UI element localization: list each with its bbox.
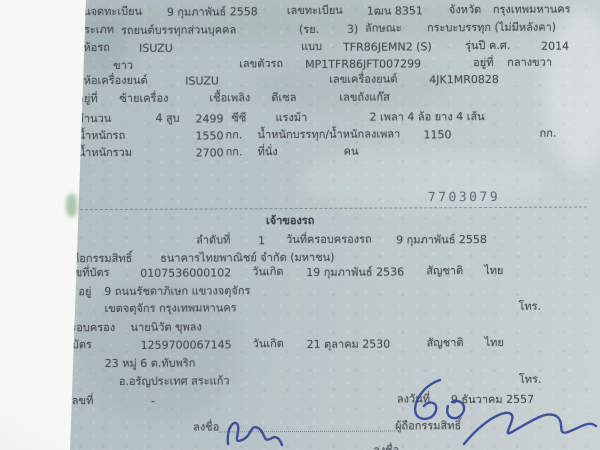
green-ink-smudge (66, 194, 77, 217)
model-value: TFR86JEMN2 (S) (343, 40, 432, 54)
hp-label: แรงม้า (275, 111, 307, 125)
owner-section-header: เจ้าของรถ (266, 214, 315, 228)
load-unit: กก. (539, 127, 556, 141)
weight-value: 1550 (195, 129, 223, 143)
drivetrain-value: 2 เพลา 4 ล้อ ยาง 4 เส้น (369, 110, 484, 125)
possessor-address-line2: อ.อรัญประเทศ สระแก้ว (119, 374, 230, 389)
engine-pos-value: ซ้ายเครื่อง (119, 92, 168, 106)
load-value: 1150 (423, 128, 451, 142)
cc-unit: ซีซี (231, 111, 246, 125)
load-label: น้ำหนักบรรทุก/น้ำหนักลงเพลา (257, 127, 400, 142)
plate-label: เลขทะเบียน (287, 4, 343, 18)
holder-id-value: 0107536000102 (140, 266, 231, 280)
gas-tank-label: เลขถังแก๊ส (339, 91, 390, 105)
vin-label: เลขตัวรถ (239, 57, 283, 71)
sign-here-label: ลงชื่อ (193, 420, 219, 434)
cylinder-qty-label: จำนวน (77, 112, 111, 126)
stamped-serial-number: 7703079 (428, 190, 500, 205)
possessor-name: นายนิวัต ขุพลง (130, 321, 201, 335)
engine-no-label: เลขเครื่องยนต์ (329, 72, 397, 86)
vin-value: MP1TFR86JFT007299 (305, 57, 421, 72)
holder-dob-value: 19 กุมภาพันธ์ 2536 (306, 265, 404, 280)
weight-unit: กก. (225, 128, 242, 142)
possessor-nationality-value: ไทย (485, 336, 504, 350)
type-code-open: (รย. (299, 23, 319, 37)
hire-purchase-contract-no: - (151, 395, 155, 409)
vin-pos-value: กลางขวา (507, 56, 552, 70)
gross-weight-label: น้ำหนักรวม (78, 146, 133, 160)
weight-label: น้ำหนักรถ (77, 129, 125, 143)
holder-name: ธนาคารไทยพาณิชย์ จำกัด (มหาชน) (160, 251, 334, 266)
sequence-value: 1 (258, 234, 265, 248)
holder-nationality-value: ไทย (484, 264, 503, 278)
holder-address-line1: 9 ถนนรัชดาภิเษก แขวงจตุจักร (104, 284, 250, 299)
holder-address-label: อยู่ (78, 285, 91, 299)
possessor-nationality-label: สัญชาติ (427, 336, 464, 350)
engine-brand-value: ISUZU (185, 74, 219, 88)
holder-tel-label: โทร. (518, 300, 541, 314)
reg-date-label: วันจดทะเบียน (77, 5, 142, 19)
type-code-close: 3) (347, 23, 358, 37)
document-content: วันจดทะเบียน 9 กุมภาพันธ์ 2558 เลขทะเบีย… (0, 0, 600, 450)
sign-here-label-2: ลงชื่อ (373, 443, 399, 450)
reg-date-value: 9 กุมภาพันธ์ 2558 (167, 5, 258, 19)
sequence-label: ลำดับที่ (196, 233, 230, 247)
year-value: 2014 (541, 40, 569, 54)
gross-weight-unit: กก. (226, 145, 243, 159)
gross-weight-value: 2700 (196, 146, 224, 160)
possession-date-value: 9 กุมภาพันธ์ 2558 (396, 233, 487, 247)
possessor-dob-label: วันเกิด (253, 337, 284, 351)
type-value: รถยนต์บรรทุกส่วนบุคคล (121, 23, 236, 38)
possessor-address-line1: 23 หมู่ 6 ต.ทับพริก (105, 357, 196, 371)
vin-pos-label: อยู่ที่ (473, 56, 493, 70)
engine-no-value: 4JK1MR0828 (429, 73, 499, 87)
photo-of-registration-document: วันจดทะเบียน 9 กุมภาพันธ์ 2558 เลขทะเบีย… (0, 0, 600, 450)
fuel-label: เชื้อเพลิง (209, 91, 250, 105)
year-label: รุ่นปี ค.ศ. (465, 39, 510, 53)
fuel-value: ดีเซล (271, 91, 296, 105)
seats-unit: คน (344, 145, 359, 159)
model-label: แบบ (301, 40, 322, 54)
possessor-tel-label: โทร. (519, 373, 542, 387)
holder-address-line2: เขตจตุจักร กรุงเทพมหานคร (104, 301, 236, 316)
province-label: จังหวัด (449, 3, 481, 17)
holder-dob-label: วันเกิด (252, 265, 283, 279)
possessor-id-value: 1259700067145 (141, 338, 232, 352)
cc-value: 2499 (195, 112, 223, 126)
possessor-dob-value: 21 ตุลาคม 2530 (307, 338, 391, 352)
brand-value: ISUZU (139, 42, 173, 56)
signature-bottom-left (222, 414, 284, 450)
signature-bottom-right (460, 402, 600, 450)
color-value: ขาว (113, 59, 133, 73)
possession-date-label: วันที่ครอบครองรถ (286, 233, 372, 247)
perforation-dashed-line (75, 206, 587, 210)
cylinder-qty-value: 4 สูบ (155, 112, 179, 126)
body-value: กระบะบรรทุก (ไม่มีหลังคา) (427, 21, 556, 36)
plate-value: 1ฒน 8351 (367, 4, 423, 18)
province-value: กรุงเทพมหานคร (493, 3, 571, 17)
body-label: ลักษณะ (365, 21, 402, 35)
engine-brand-label: ยี่ห้อเครื่องยนต์ (77, 74, 147, 88)
holder-nationality-label: สัญชาติ (426, 264, 463, 278)
seats-label: ที่นั่ง (258, 145, 278, 159)
